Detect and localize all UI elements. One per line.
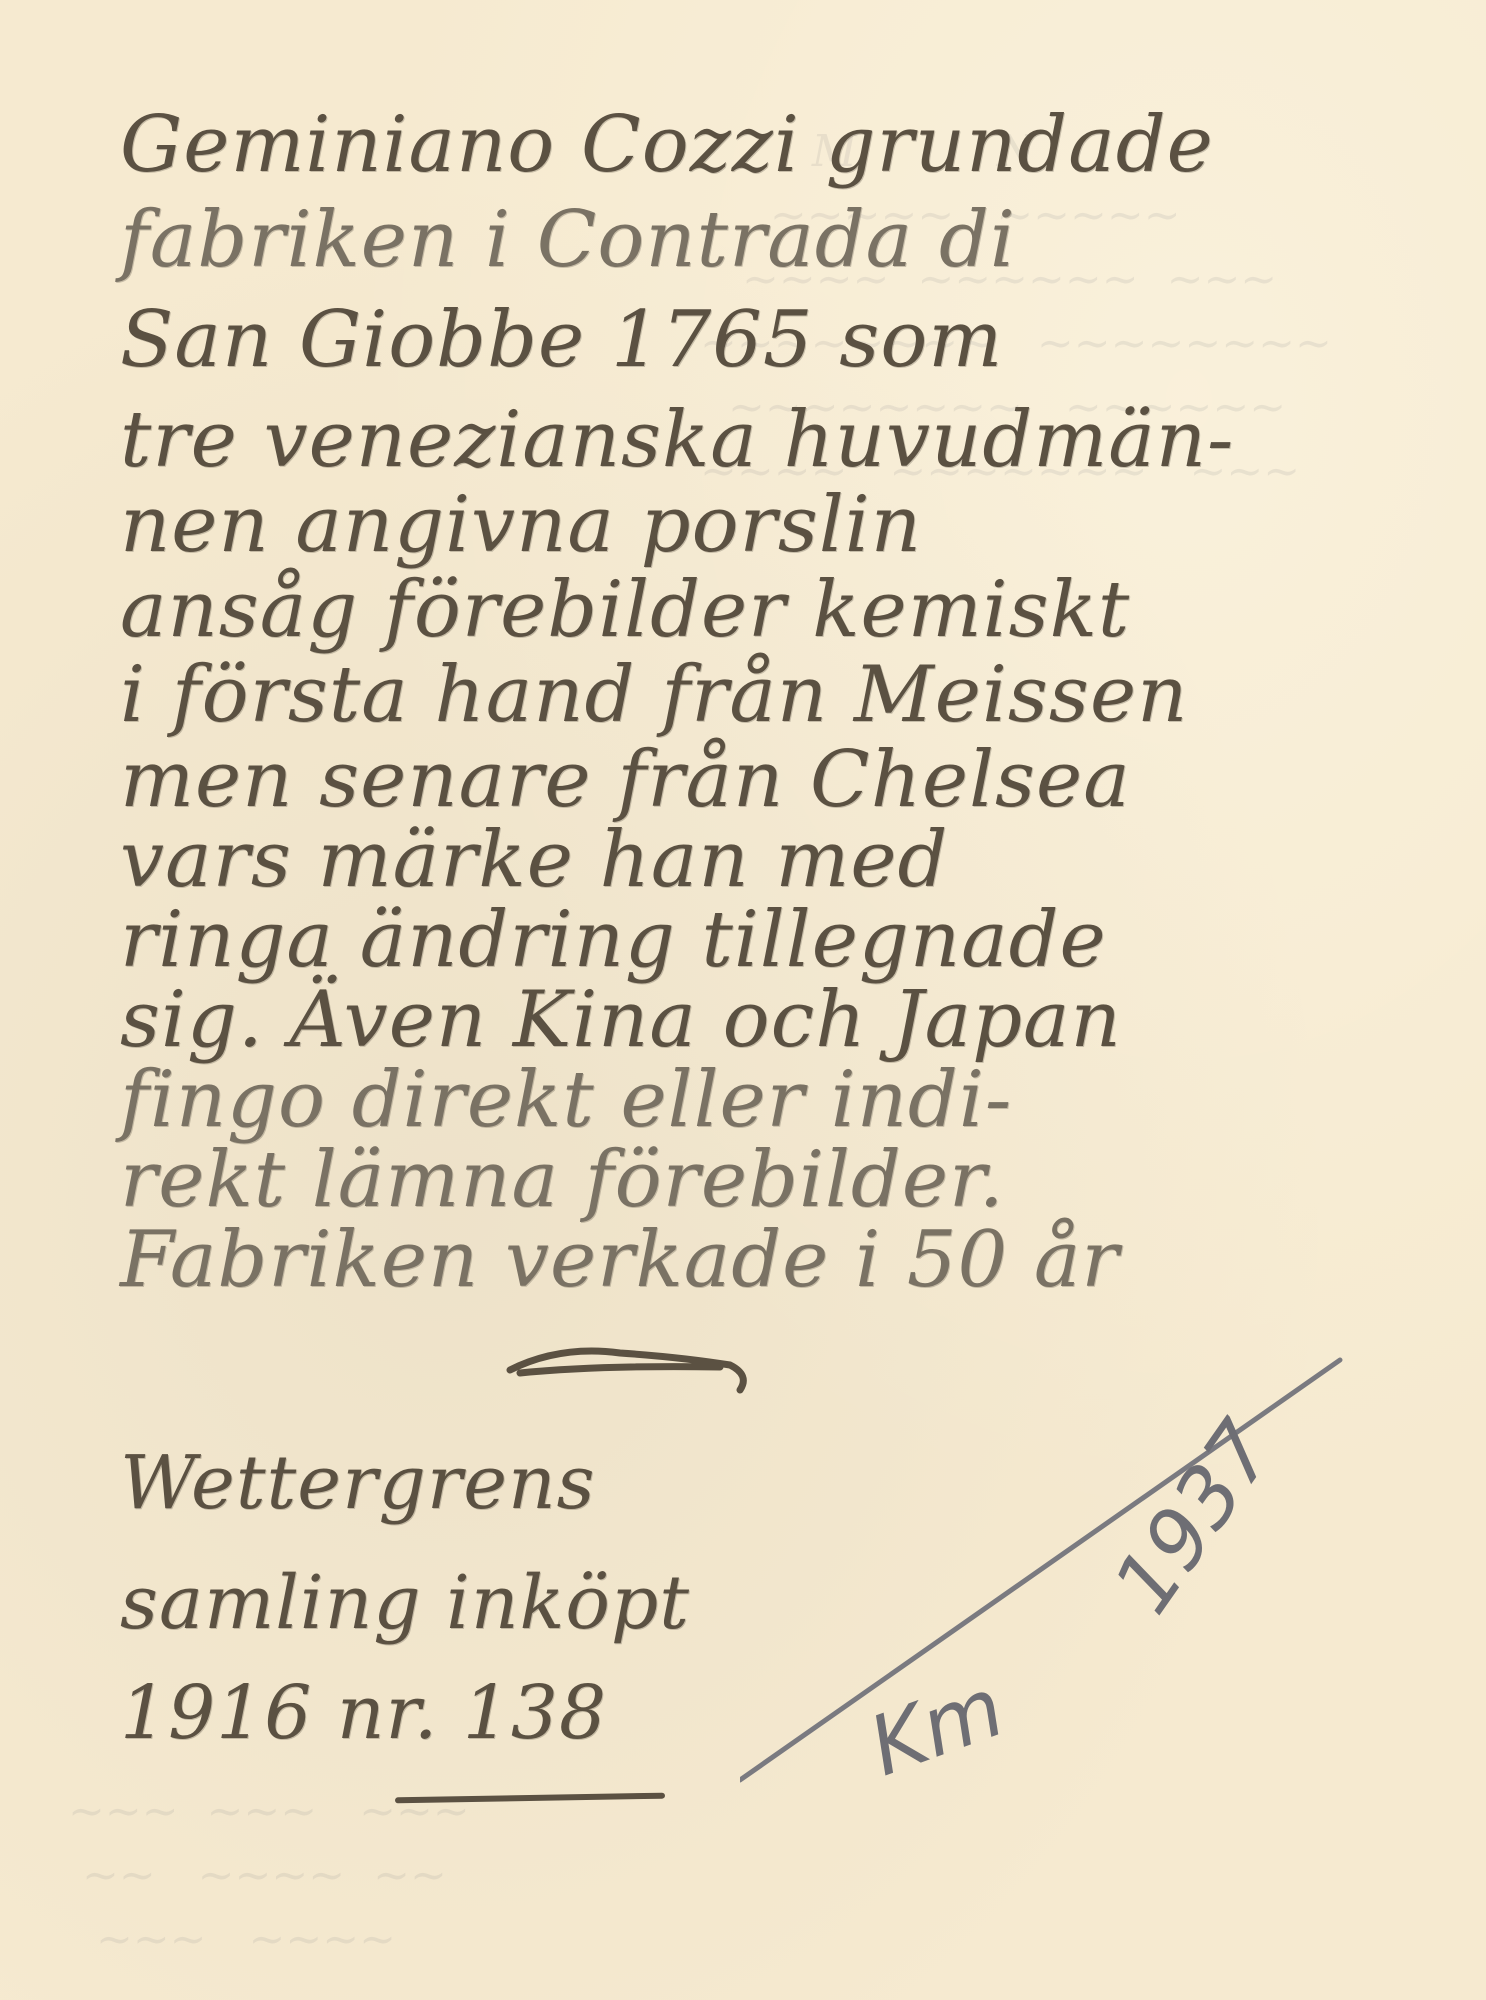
body-line-8: men senare från Chelsea bbox=[120, 735, 1131, 825]
body-line-10: ringa ändring tillegnade bbox=[120, 895, 1107, 985]
flourish-mark bbox=[500, 1335, 760, 1395]
body-line-7: i första hand från Meissen bbox=[120, 650, 1188, 740]
body-line-2: fabriken i Contrada di bbox=[120, 195, 1016, 285]
provenance-line-2: samling inköpt bbox=[120, 1560, 690, 1646]
provenance-line-1: Wettergrens bbox=[120, 1440, 596, 1526]
pencil-diagonal-line bbox=[740, 1340, 1360, 1800]
provenance-line-3: 1916 nr. 138 bbox=[120, 1670, 607, 1756]
body-line-3: San Giobbe 1765 som bbox=[120, 295, 1003, 385]
body-line-6: ansåg förebilder kemiskt bbox=[120, 565, 1130, 655]
body-line-11: sig. Även Kina och Japan bbox=[120, 975, 1122, 1065]
body-line-5: nen angivna porslin bbox=[120, 480, 922, 570]
body-line-12: fingo direkt eller indi- bbox=[120, 1055, 1012, 1145]
body-line-1: Geminiano Cozzi grundade bbox=[120, 100, 1214, 190]
body-line-14: Fabriken verkade i 50 år bbox=[120, 1215, 1120, 1305]
body-line-4: tre venezianska huvudmän- bbox=[120, 395, 1234, 485]
body-line-13: rekt lämna förebilder. bbox=[120, 1135, 1005, 1225]
body-line-9: vars märke han med bbox=[120, 815, 948, 905]
